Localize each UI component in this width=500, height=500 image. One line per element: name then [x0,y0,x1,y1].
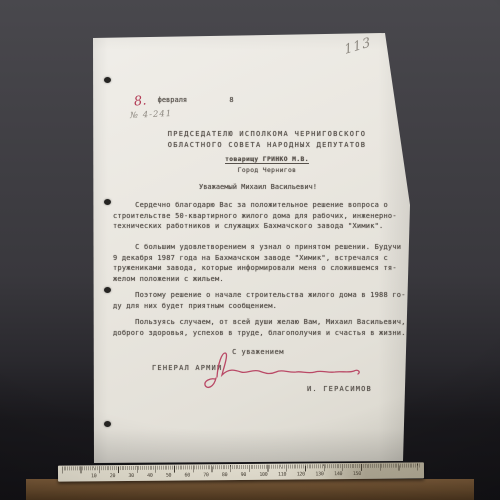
document-paper: 113 8. февраля 8 № 4-241 ПРЕДСЕДАТЕЛЮ ИС… [92,33,410,463]
date-month: февраля [158,96,188,104]
signer-name: И. ГЕРАСИМОВ [307,385,372,393]
pencil-page-number: 113 [343,35,372,58]
ruler: 102030405060708090100110120130140150 [58,462,424,481]
punch-hole [104,287,111,293]
paragraph-1: Сердечно благодарю Вас за положительное … [113,200,409,232]
punch-hole [104,77,111,83]
recipient-line-2: ОБЛАСТНОГО СОВЕТА НАРОДНЫХ ДЕПУТАТОВ [152,140,382,151]
photo-stage: 113 8. февраля 8 № 4-241 ПРЕДСЕДАТЕЛЮ ИС… [0,0,500,500]
paragraph-2: С большим удовлетворением я узнал о прин… [113,242,409,284]
signature-ink [202,349,364,389]
handwritten-day-red: 8. [133,93,147,109]
date-extra: 8 [229,96,233,104]
pencil-reg-number: № 4-241 [130,109,173,121]
paragraph-4: Пользуясь случаем, от всей души желаю Ва… [113,317,409,338]
punch-hole [104,421,111,427]
recipient-line-3: товарищу ГРИНКО М.В. [152,154,382,165]
recipient-block: ПРЕДСЕДАТЕЛЮ ИСПОЛКОМА ЧЕРНИГОВСКОГО ОБЛ… [152,129,382,176]
date-line: 8. февраля 8 [134,94,234,109]
ruler-worn-area [58,462,424,481]
punch-hole [104,199,111,205]
recipient-line-4: Город Чернигов [152,165,382,176]
wooden-shelf-edge [26,479,474,500]
salutation: Уважаемый Михаил Васильевич! [113,183,403,191]
paragraph-3: Поэтому решение о начале строительства ж… [113,290,409,311]
recipient-line-1: ПРЕДСЕДАТЕЛЮ ИСПОЛКОМА ЧЕРНИГОВСКОГО [152,129,382,140]
